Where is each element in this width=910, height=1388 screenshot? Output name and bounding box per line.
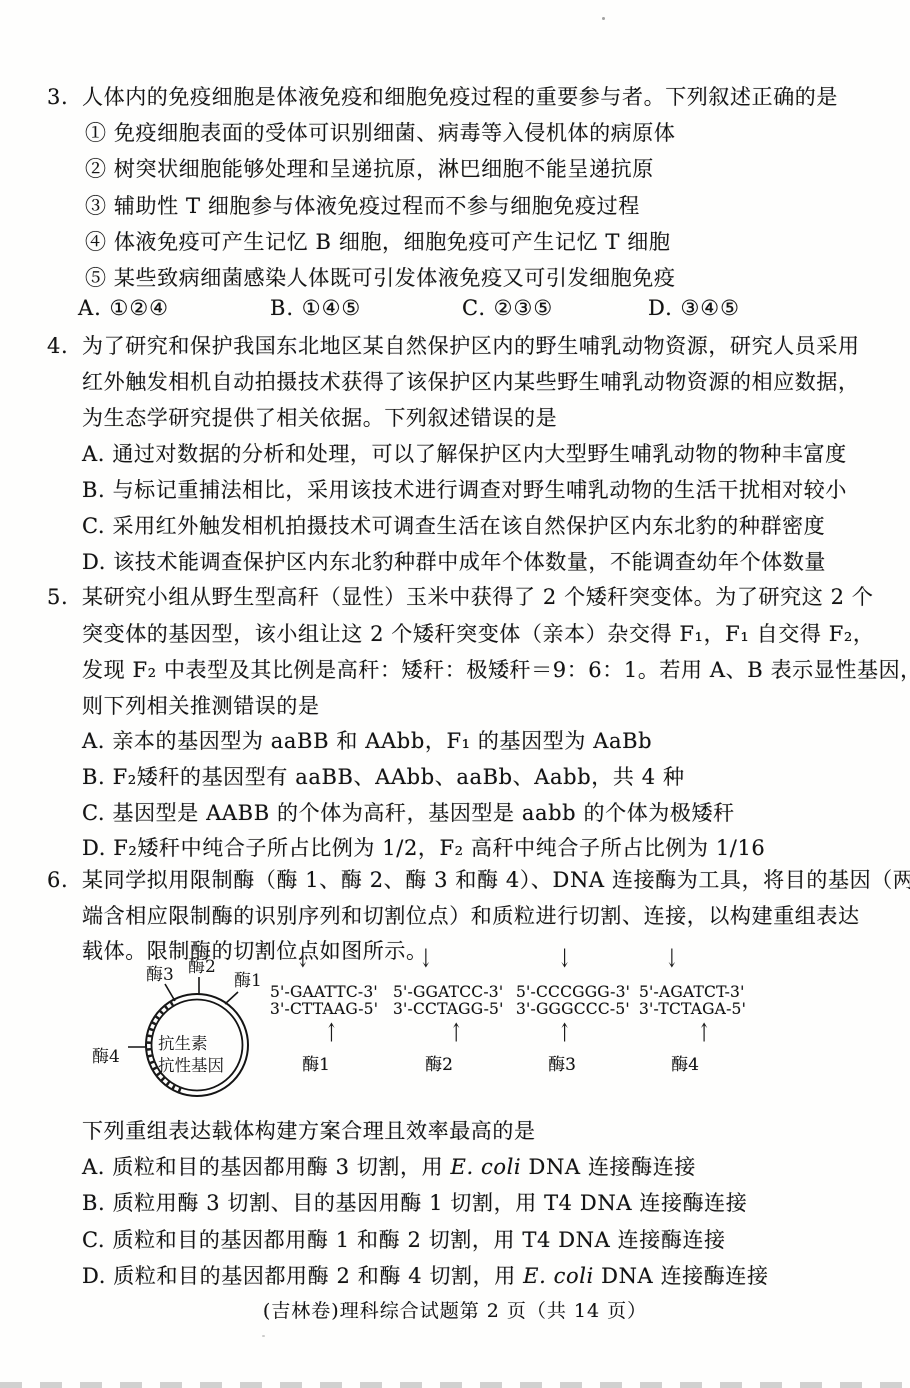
top-strand: 5'-AGATCT-3' bbox=[639, 984, 731, 1001]
enzyme3-leader-line bbox=[165, 984, 175, 1001]
q5-choice-c: C. 基因型是 AABB 的个体为高秆，基因型是 aabb 的个体为极矮秆 bbox=[82, 800, 735, 826]
q5-choice-d: D. F₂矮秆中纯合子所占比例为 1/2，F₂ 高秆中纯合子所占比例为 1/16 bbox=[82, 835, 765, 861]
q5-choice-a: A. 亲本的基因型为 aaBB 和 AAbb，F₁ 的基因型为 AaBb bbox=[82, 728, 652, 754]
q5-stem-line3: 发现 F₂ 中表型及其比例是高秆：矮秆：极矮秆＝9：6：1。若用 A、B 表示显… bbox=[82, 657, 910, 683]
site-label: 酶1 bbox=[270, 1050, 362, 1075]
q3-choice-c: C. ②③⑤ bbox=[462, 296, 553, 320]
q3-number: 3. bbox=[47, 84, 68, 110]
q5-choice-b: B. F₂矮秆的基因型有 aaBB、AAbb、aaBb、Aabb，共 4 种 bbox=[82, 764, 685, 790]
site-label: 酶2 bbox=[393, 1050, 485, 1075]
species-name: E. coli bbox=[451, 1155, 522, 1179]
q4-stem-line2: 红外触发相机自动拍摄技术获得了该保护区内某些野生哺乳动物资源的相应数据， bbox=[82, 369, 860, 395]
q6-choice-b: B. 质粒用酶 3 切割、目的基因用酶 1 切割，用 T4 DNA 连接酶连接 bbox=[82, 1190, 747, 1216]
cut-arrow-bottom-icon: ↑ bbox=[325, 1021, 338, 1047]
exam-page: 3. 人体内的免疫细胞是体液免疫和细胞免疫过程的重要参与者。下列叙述正确的是 ①… bbox=[0, 0, 910, 1388]
page-footer: (吉林卷)理科综合试题第 2 页（共 14 页） bbox=[0, 1296, 910, 1323]
top-strand: 5'-GGATCC-3' bbox=[393, 984, 485, 1001]
bottom-strand: 3'-TCTAGA-5' bbox=[639, 1001, 731, 1018]
q6-choice-c: C. 质粒和目的基因都用酶 1 和酶 2 切割，用 T4 DNA 连接酶连接 bbox=[82, 1227, 726, 1253]
cut-arrow-bottom-icon: ↑ bbox=[558, 1021, 571, 1047]
site-enzyme1: ↓ 5'-GAATTC-3' 3'-CTTAAG-5' ↑ 酶1 bbox=[270, 984, 362, 1094]
site-enzyme4: ↓ 5'-AGATCT-3' 3'-TCTAGA-5' ↑ 酶4 bbox=[639, 984, 731, 1094]
plasmid-label-enzyme1: 酶1 bbox=[234, 971, 262, 991]
choice-text: A. 质粒和目的基因都用酶 3 切割，用 bbox=[82, 1155, 451, 1179]
q3-item-5: ⑤ 某些致病细菌感染人体既可引发体液免疫又可引发细胞免疫 bbox=[85, 265, 675, 291]
choice-text: DNA 连接酶连接 bbox=[594, 1264, 769, 1288]
q5-number: 5. bbox=[47, 584, 68, 610]
q5-stem-line1: 某研究小组从野生型高秆（显性）玉米中获得了 2 个矮秆突变体。为了研究这 2 个 bbox=[82, 584, 873, 610]
q6-prompt: 下列重组表达载体构建方案合理且效率最高的是 bbox=[82, 1118, 536, 1144]
q5-stem-line2: 突变体的基因型，该小组让这 2 个矮秆突变体（亲本）杂交得 F₁，F₁ 自交得 … bbox=[82, 621, 875, 647]
gene-label-line1: 抗生素 bbox=[158, 1034, 208, 1053]
q3-item-3: ③ 辅助性 T 细胞参与体液免疫过程而不参与细胞免疫过程 bbox=[85, 193, 640, 219]
enzyme1-leader-line bbox=[225, 992, 238, 1004]
scan-edge-artifact bbox=[0, 1382, 910, 1388]
q6-choice-d: D. 质粒和目的基因都用酶 2 和酶 4 切割，用 E. coli DNA 连接… bbox=[82, 1263, 769, 1289]
top-strand: 5'-GAATTC-3' bbox=[270, 984, 362, 1001]
site-label: 酶3 bbox=[516, 1050, 608, 1075]
q3-choice-a: A. ①②④ bbox=[78, 296, 169, 320]
cut-arrow-bottom-icon: ↑ bbox=[450, 1021, 463, 1047]
q4-choice-c: C. 采用红外触发相机拍摄技术可调查生活在该自然保护区内东北豹的种群密度 bbox=[82, 513, 825, 539]
q4-number: 4. bbox=[47, 333, 68, 359]
choice-text: B. 质粒用酶 3 切割、目的基因用酶 1 切割，用 T4 DNA 连接酶连接 bbox=[82, 1191, 747, 1215]
scan-speck bbox=[602, 17, 605, 20]
q4-choice-b: B. 与标记重捕法相比，采用该技术进行调查对野生哺乳动物的生活干扰相对较小 bbox=[82, 477, 847, 503]
q3-choice-b: B. ①④⑤ bbox=[270, 296, 361, 320]
q3-choice-d: D. ③④⑤ bbox=[648, 296, 740, 320]
gene-label-line2: 抗性基因 bbox=[158, 1056, 224, 1075]
plasmid-label-enzyme3: 酶3 bbox=[146, 965, 174, 985]
q3-item-2: ② 树突状细胞能够处理和呈递抗原，淋巴细胞不能呈递抗原 bbox=[85, 156, 654, 182]
choice-text: C. 质粒和目的基因都用酶 1 和酶 2 切割，用 T4 DNA 连接酶连接 bbox=[82, 1228, 726, 1252]
cut-arrow-top-icon: ↓ bbox=[666, 947, 679, 973]
q4-choice-d: D. 该技术能调查保护区内东北豹种群中成年个体数量，不能调查幼年个体数量 bbox=[82, 549, 826, 575]
choice-text: D. 质粒和目的基因都用酶 2 和酶 4 切割，用 bbox=[82, 1264, 523, 1288]
bottom-strand: 3'-GGGCCC-5' bbox=[516, 1001, 608, 1018]
q6-stem-line1: 某同学拟用限制酶（酶 1、酶 2、酶 3 和酶 4）、DNA 连接酶为工具，将目… bbox=[82, 867, 910, 893]
site-enzyme2: ↓ 5'-GGATCC-3' 3'-CCTAGG-5' ↑ 酶2 bbox=[393, 984, 485, 1094]
plasmid-label-enzyme4: 酶4 bbox=[92, 1047, 120, 1067]
restriction-enzyme-figure: 酶3 酶2 酶1 酶4 抗生素 抗性基因 ↓ 5'-GAATTC-3' 3'-C… bbox=[68, 950, 878, 1115]
q3-item-4: ④ 体液免疫可产生记忆 B 细胞，细胞免疫可产生记忆 T 细胞 bbox=[85, 229, 670, 255]
q4-choice-a: A. 通过对数据的分析和处理，可以了解保护区内大型野生哺乳动物的物种丰富度 bbox=[82, 441, 847, 467]
site-label: 酶4 bbox=[639, 1050, 731, 1075]
species-name: E. coli bbox=[523, 1264, 594, 1288]
bottom-strand: 3'-CCTAGG-5' bbox=[393, 1001, 485, 1018]
q5-stem-line4: 则下列相关推测错误的是 bbox=[82, 693, 320, 719]
site-enzyme3: ↓ 5'-CCCGGG-3' 3'-GGGCCC-5' ↑ 酶3 bbox=[516, 984, 608, 1094]
plasmid-label-enzyme2: 酶2 bbox=[188, 957, 216, 977]
plasmid-diagram: 酶3 酶2 酶1 酶4 抗生素 抗性基因 bbox=[68, 950, 278, 1115]
cut-arrow-top-icon: ↓ bbox=[420, 947, 433, 973]
top-strand: 5'-CCCGGG-3' bbox=[516, 984, 608, 1001]
q4-stem-line3: 为生态学研究提供了相关依据。下列叙述错误的是 bbox=[82, 405, 557, 431]
q3-item-1: ① 免疫细胞表面的受体可识别细菌、病毒等入侵机体的病原体 bbox=[85, 120, 675, 146]
q6-number: 6. bbox=[47, 867, 68, 893]
choice-text: DNA 连接酶连接 bbox=[521, 1155, 696, 1179]
bottom-strand: 3'-CTTAAG-5' bbox=[270, 1001, 362, 1018]
q6-stem-line2: 端含相应限制酶的识别序列和切割位点）和质粒进行切割、连接，以构建重组表达 bbox=[82, 903, 860, 929]
cut-arrow-top-icon: ↓ bbox=[558, 947, 571, 973]
scan-speck bbox=[262, 1335, 265, 1337]
q4-stem-line1: 为了研究和保护我国东北地区某自然保护区内的野生哺乳动物资源，研究人员采用 bbox=[82, 333, 860, 359]
q6-choice-a: A. 质粒和目的基因都用酶 3 切割，用 E. coli DNA 连接酶连接 bbox=[82, 1154, 696, 1180]
q3-stem: 人体内的免疫细胞是体液免疫和细胞免疫过程的重要参与者。下列叙述正确的是 bbox=[82, 84, 838, 110]
recognition-sites-row: ↓ 5'-GAATTC-3' 3'-CTTAAG-5' ↑ 酶1 ↓ 5'-GG… bbox=[270, 984, 731, 1094]
cut-arrow-top-icon: ↓ bbox=[297, 947, 310, 973]
cut-arrow-bottom-icon: ↑ bbox=[698, 1021, 711, 1047]
